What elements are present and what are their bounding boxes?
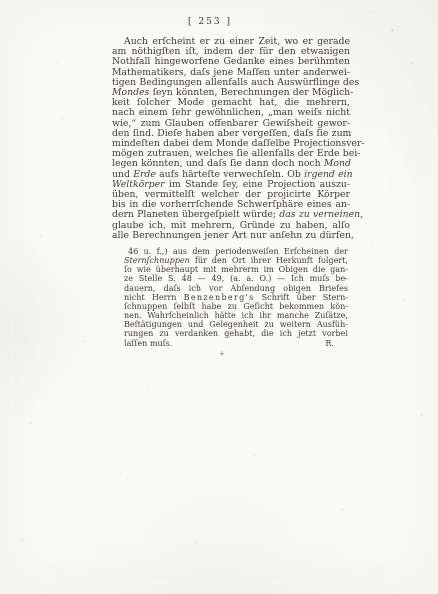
text-line: Sternſchnuppen für den Ort ihrer Herkunf…: [124, 256, 348, 265]
main-paragraph: Auch erſcheint er zu einer Zeit, wo er g…: [112, 37, 350, 241]
text-line: alle Berechnungen jener Art nur anſehn z…: [112, 231, 350, 241]
text-line: ze Stelle S. 48 — 49, (a. a. O.) — Ich m…: [124, 274, 348, 283]
text-line: ſchnuppen ſelbſt habe zu Geſicht bekomme…: [124, 302, 348, 311]
main-paragraph-lines: Auch erſcheint er zu einer Zeit, wo er g…: [112, 37, 350, 241]
text-line: rungen zu verdanken gehabt, die ich jetz…: [124, 329, 348, 338]
text-line: Beſtätigungen und Gelegenheit zu weitern…: [124, 320, 348, 329]
text-line: dauern, daſs ich vor Abſendung obigen Br…: [124, 284, 348, 293]
text-line: nen. Wahrſcheinlich hätte ich ihr manche…: [124, 311, 348, 320]
footnote-lines: 46 u. f.,) aus dem periodenweiſen Erſche…: [124, 247, 348, 339]
page-number-header: [ 253 ]: [0, 17, 420, 27]
printers-mark: +: [219, 350, 225, 358]
text-line: 46 u. f.,) aus dem periodenweiſen Erſche…: [124, 247, 348, 256]
footnote-signature: R.: [325, 339, 334, 348]
text-line: ſo wie überhaupt mit mehrerm im Obigen d…: [124, 265, 348, 274]
text-line: nicht Herrn Benzenberg's Schrift über St…: [124, 293, 348, 302]
footnote-last-text: laſſen muſs.: [124, 339, 172, 348]
footnote-block: 46 u. f.,) aus dem periodenweiſen Erſche…: [124, 247, 348, 348]
scanned-book-page: [ 253 ] Auch erſcheint er zu einer Zeit,…: [0, 0, 438, 594]
paper-speckles: [0, 0, 1, 1]
footnote-last-line: laſſen muſs. R.: [124, 339, 348, 348]
